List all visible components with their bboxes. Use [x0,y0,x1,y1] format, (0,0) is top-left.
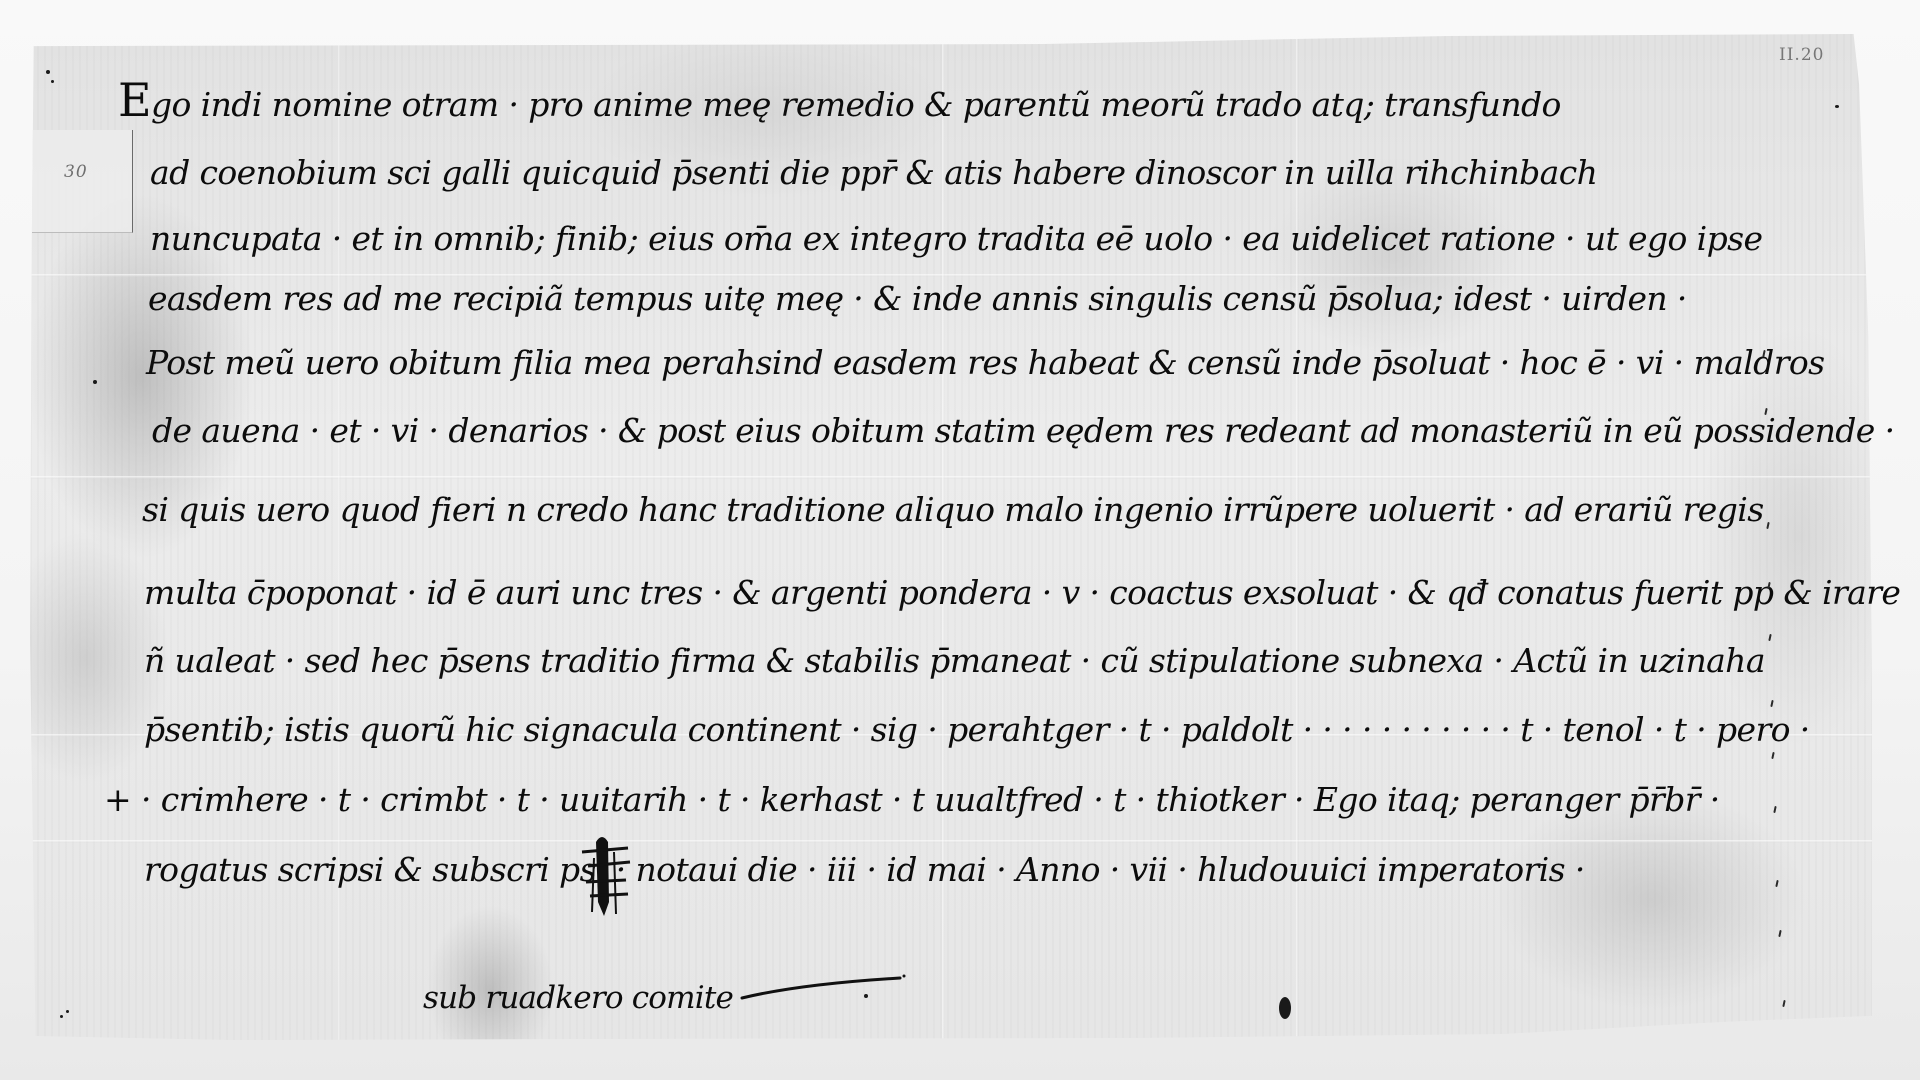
prick-mark [60,1015,63,1018]
charter-line-2: ad coenobium sci galli quicquid p̄senti … [150,153,1597,192]
charter-line-12-scribe: rogatus scripsi & subscri psi · notaui d… [144,850,1585,889]
line-text: go indi nomine otram · pro anime meę rem… [151,85,1561,124]
prick-mark [66,1010,69,1013]
margin-folio-number: 30 [64,162,88,182]
fold-crease [30,476,1872,479]
shelfmark-note: II.20 [1779,45,1824,65]
charter-line-11-witnesses: + · crimhere · t · crimbt · t · uuitarih… [104,780,1720,819]
charter-line-4: easdem res ad me recipiã tempus uitę meę… [148,279,1687,318]
closing-clause: sub ruadkero comite [423,980,733,1016]
charter-line-5: Post meũ uero obitum filia mea perahsind… [146,343,1824,382]
ink-dot [864,994,868,998]
fold-crease [30,274,1872,277]
charter-line-8: multa c̄poponat · id ē auri unc tres · &… [144,573,1900,612]
charter-line-1: Ego indi nomine otram · pro anime meę re… [118,82,1561,124]
prick-mark [1835,105,1839,108]
prick-mark [93,380,97,384]
decorated-initial: E [118,73,151,127]
charter-line-9: ñ ualeat · sed hec p̄sens traditio firma… [144,641,1765,680]
document-scan-viewport: 30 II.20 Ego indi nomine otram · pro ani… [0,0,1920,1080]
scribe-monogram-icon [578,832,632,918]
charter-line-7: si quis uero quod fieri n credo hanc tra… [142,490,1764,529]
fold-crease [30,840,1872,843]
charter-line-10: p̄sentib; istis quorũ hic signacula cont… [144,710,1810,749]
flourish-stroke-icon [740,974,910,1004]
charter-line-6: de auena · et · vi · denarios · & post e… [152,411,1894,450]
ink-blot [1279,997,1291,1019]
charter-line-3: nuncupata · et in omnib; finib; eius om̄… [150,219,1762,258]
prick-mark [46,70,50,74]
prick-mark [51,80,54,83]
